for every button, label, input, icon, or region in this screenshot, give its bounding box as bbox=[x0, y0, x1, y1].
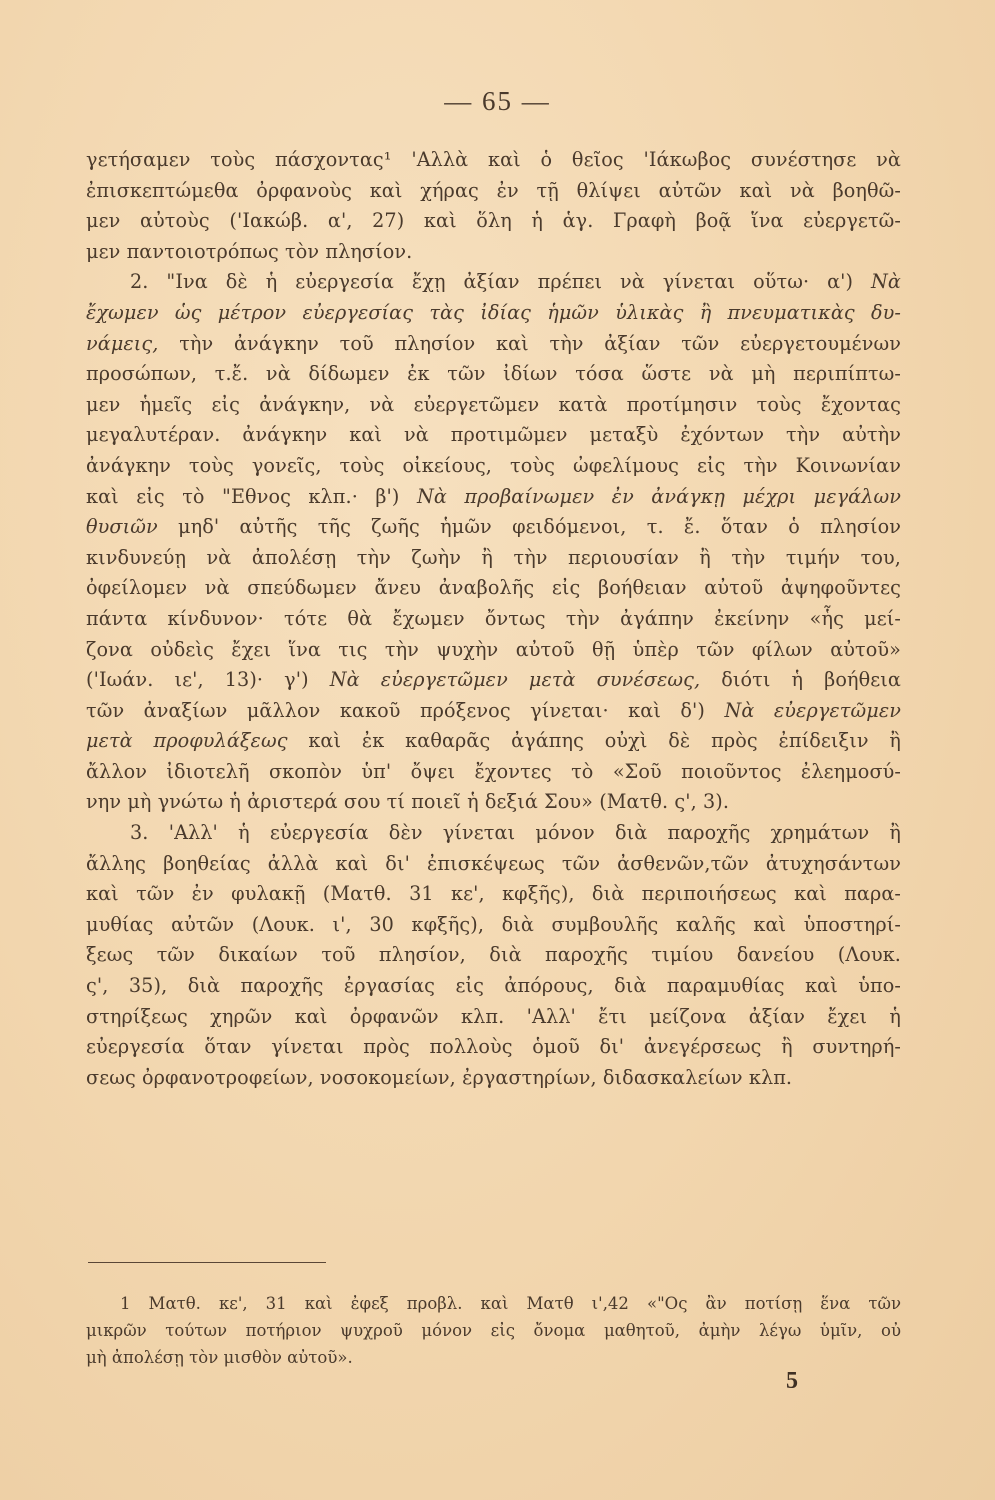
text-span: μεν παντοιοτρόπως τὸν πλησίον. bbox=[86, 240, 412, 263]
text-line: μυθίας αὐτῶν (Λουκ. ι', 30 κφξῆς), διὰ σ… bbox=[86, 910, 901, 941]
text-line: μεν ἡμεῖς εἰς ἀνάγκην, νὰ εὐεργετῶμεν κα… bbox=[86, 390, 901, 421]
text-line: ὀφείλομεν νὰ σπεύδωμεν ἄνευ ἀναβολῆς εἰς… bbox=[86, 573, 901, 604]
text-span: σεως ὀρφανοτροφείων, νοσοκομείων, ἐργαστ… bbox=[86, 1066, 792, 1089]
text-line: ζονα οὐδεὶς ἔχει ἵνα τις τὴν ψυχὴν αὐτοῦ… bbox=[86, 635, 901, 666]
text-line: ('Ιωάν. ιε', 13)· γ') Νὰ εὐεργετῶμεν μετ… bbox=[86, 665, 901, 696]
body-text: γετήσαμεν τοὺς πάσχοντας¹ 'Αλλὰ καὶ ὁ θε… bbox=[86, 145, 901, 1093]
text-span: ξεως τῶν δικαίων τοῦ πλησίον, διὰ παροχῆ… bbox=[86, 943, 901, 966]
text-span: μυθίας αὐτῶν (Λουκ. ι', 30 κφξῆς), διὰ σ… bbox=[86, 913, 901, 936]
text-line: νην μὴ γνώτω ἡ ἀριστερά σου τί ποιεῖ ἡ δ… bbox=[86, 787, 901, 818]
text-line: 3. 'Αλλ' ἡ εὐεργεσία δὲν γίνεται μόνον δ… bbox=[86, 818, 901, 849]
text-span: ἄλλον ἰδιοτελῆ σκοπὸν ὑπ' ὄψει ἔχοντες τ… bbox=[86, 760, 901, 783]
italic-text: Νὰ προβαίνωμεν ἐν ἀνάγκῃ μέχρι μεγάλων bbox=[417, 485, 901, 508]
footnote-line: μικρῶν τούτων ποτήριον ψυχροῦ μόνον εἰς … bbox=[86, 1317, 901, 1344]
text-line: καὶ εἰς τὸ "Εθνος κλπ.· β') Νὰ προβαίνωμ… bbox=[86, 482, 901, 513]
italic-text: θυσιῶν bbox=[86, 515, 158, 538]
text-line: 2. "Ινα δὲ ἡ εὐεργεσία ἔχῃ ἀξίαν πρέπει … bbox=[86, 267, 901, 298]
text-line: γετήσαμεν τοὺς πάσχοντας¹ 'Αλλὰ καὶ ὁ θε… bbox=[86, 145, 901, 176]
italic-text: νάμεις, bbox=[86, 332, 158, 355]
page-number-header: — 65 — bbox=[0, 86, 995, 117]
text-line: τῶν ἀναξίων μᾶλλον κακοῦ πρόξενος γίνετα… bbox=[86, 696, 901, 727]
text-line: νάμεις, τὴν ἀνάγκην τοῦ πλησίον καὶ τὴν … bbox=[86, 329, 901, 360]
text-span: γετήσαμεν τοὺς πάσχοντας¹ 'Αλλὰ καὶ ὁ θε… bbox=[86, 148, 901, 171]
text-line: ἄλλης βοηθείας ἀλλὰ καὶ δι' ἐπισκέψεως τ… bbox=[86, 849, 901, 880]
text-span: τῶν ἀναξίων μᾶλλον κακοῦ πρόξενος γίνετα… bbox=[86, 699, 724, 722]
text-line: ς', 35), διὰ παροχῆς ἐργασίας εἰς ἀπόρου… bbox=[86, 971, 901, 1002]
text-span: 2. "Ινα δὲ ἡ εὐεργεσία ἔχῃ ἀξίαν πρέπει … bbox=[130, 270, 871, 293]
text-line: προσώπων, τ.ἔ. νὰ δίδωμεν ἐκ τῶν ἰδίων τ… bbox=[86, 359, 901, 390]
text-line: ἐπισκεπτώμεθα ὀρφανοὺς καὶ χήρας ἐν τῇ θ… bbox=[86, 176, 901, 207]
text-line: μεν παντοιοτρόπως τὸν πλησίον. bbox=[86, 237, 901, 268]
text-span: μεν αὐτοὺς ('Ιακώβ. α', 27) καὶ ὅλη ἡ ἁγ… bbox=[86, 209, 901, 232]
text-span: καὶ τῶν ἐν φυλακῇ (Ματθ. 31 κε', κφξῆς),… bbox=[86, 882, 901, 905]
text-line: μεν αὐτοὺς ('Ιακώβ. α', 27) καὶ ὅλη ἡ ἁγ… bbox=[86, 206, 901, 237]
footnotes: 1 Ματθ. κε', 31 καὶ ἐφεξ προβλ. καὶ Ματθ… bbox=[86, 1290, 901, 1371]
italic-text: Νὰ εὐεργετῶμεν μετὰ συνέσεως, bbox=[330, 668, 700, 691]
text-span: εὐεργεσία ὅταν γίνεται πρὸς πολλοὺς ὁμοῦ… bbox=[86, 1035, 901, 1058]
italic-text: μετὰ προφυλάξεως bbox=[86, 729, 288, 752]
text-line: κινδυνεύῃ νὰ ἀπολέσῃ τὴν ζωὴν ἢ τὴν περι… bbox=[86, 543, 901, 574]
text-span: ὀφείλομεν νὰ σπεύδωμεν ἄνευ ἀναβολῆς εἰς… bbox=[86, 576, 901, 599]
text-span: ἐπισκεπτώμεθα ὀρφανοὺς καὶ χήρας ἐν τῇ θ… bbox=[86, 179, 901, 202]
text-span: τὴν ἀνάγκην τοῦ πλησίον καὶ τὴν ἀξίαν τῶ… bbox=[158, 332, 901, 355]
text-span: κινδυνεύῃ νὰ ἀπολέσῃ τὴν ζωὴν ἢ τὴν περι… bbox=[86, 546, 901, 569]
text-span: προσώπων, τ.ἔ. νὰ δίδωμεν ἐκ τῶν ἰδίων τ… bbox=[86, 362, 901, 385]
text-span: ς', 35), διὰ παροχῆς ἐργασίας εἰς ἀπόρου… bbox=[86, 974, 901, 997]
text-span: νην μὴ γνώτω ἡ ἀριστερά σου τί ποιεῖ ἡ δ… bbox=[86, 790, 729, 813]
text-line: καὶ τῶν ἐν φυλακῇ (Ματθ. 31 κε', κφξῆς),… bbox=[86, 879, 901, 910]
text-span: ('Ιωάν. ιε', 13)· γ') bbox=[86, 668, 330, 691]
footnote-divider bbox=[88, 1262, 326, 1263]
book-page: — 65 — γετήσαμεν τοὺς πάσχοντας¹ 'Αλλὰ κ… bbox=[0, 0, 995, 1500]
signature-mark: 5 bbox=[786, 1368, 798, 1395]
text-line: στηρίξεως χηρῶν καὶ ὀρφανῶν κλπ. 'Αλλ' ἔ… bbox=[86, 1002, 901, 1033]
text-span: διότι ἡ βοήθεια bbox=[700, 668, 901, 691]
text-span: καὶ ἐκ καθαρᾶς ἀγάπης οὐχὶ δὲ πρὸς ἐπίδε… bbox=[288, 729, 901, 752]
text-span: στηρίξεως χηρῶν καὶ ὀρφανῶν κλπ. 'Αλλ' ἔ… bbox=[86, 1005, 901, 1028]
text-span: 3. 'Αλλ' ἡ εὐεργεσία δὲν γίνεται μόνον δ… bbox=[130, 821, 901, 844]
text-span: ζονα οὐδεὶς ἔχει ἵνα τις τὴν ψυχὴν αὐτοῦ… bbox=[86, 638, 901, 661]
text-span: μηδ' αὐτῆς τῆς ζωῆς ἡμῶν φειδόμενοι, τ. … bbox=[158, 515, 901, 538]
text-line: εὐεργεσία ὅταν γίνεται πρὸς πολλοὺς ὁμοῦ… bbox=[86, 1032, 901, 1063]
text-line: πάντα κίνδυνον· τότε θὰ ἔχωμεν ὄντως τὴν… bbox=[86, 604, 901, 635]
text-line: σεως ὀρφανοτροφείων, νοσοκομείων, ἐργαστ… bbox=[86, 1063, 901, 1094]
footnote-line: μὴ ἀπολέσῃ τὸν μισθὸν αὐτοῦ». bbox=[86, 1344, 901, 1371]
text-span: μεν ἡμεῖς εἰς ἀνάγκην, νὰ εὐεργετῶμεν κα… bbox=[86, 393, 901, 416]
text-span: πάντα κίνδυνον· τότε θὰ ἔχωμεν ὄντως τὴν… bbox=[86, 607, 901, 630]
text-line: ξεως τῶν δικαίων τοῦ πλησίον, διὰ παροχῆ… bbox=[86, 940, 901, 971]
text-line: ἄλλον ἰδιοτελῆ σκοπὸν ὑπ' ὄψει ἔχοντες τ… bbox=[86, 757, 901, 788]
italic-text: ἔχωμεν ὡς μέτρον εὐεργεσίας τὰς ἰδίας ἡμ… bbox=[86, 301, 901, 324]
text-span: ἄλλης βοηθείας ἀλλὰ καὶ δι' ἐπισκέψεως τ… bbox=[86, 852, 901, 875]
text-line: ἔχωμεν ὡς μέτρον εὐεργεσίας τὰς ἰδίας ἡμ… bbox=[86, 298, 901, 329]
text-span: ἀνάγκην τοὺς γονεῖς, τοὺς οἰκείους, τοὺς… bbox=[86, 454, 901, 477]
text-span: καὶ εἰς τὸ "Εθνος κλπ.· β') bbox=[86, 485, 417, 508]
text-line: μετὰ προφυλάξεως καὶ ἐκ καθαρᾶς ἀγάπης ο… bbox=[86, 726, 901, 757]
italic-text: Νὰ bbox=[871, 270, 901, 293]
text-line: μεγαλυτέραν. ἀνάγκην καὶ νὰ προτιμῶμεν μ… bbox=[86, 420, 901, 451]
text-span: μεγαλυτέραν. ἀνάγκην καὶ νὰ προτιμῶμεν μ… bbox=[86, 423, 901, 446]
text-line: θυσιῶν μηδ' αὐτῆς τῆς ζωῆς ἡμῶν φειδόμεν… bbox=[86, 512, 901, 543]
footnote-line: 1 Ματθ. κε', 31 καὶ ἐφεξ προβλ. καὶ Ματθ… bbox=[86, 1290, 901, 1317]
text-line: ἀνάγκην τοὺς γονεῖς, τοὺς οἰκείους, τοὺς… bbox=[86, 451, 901, 482]
italic-text: Νὰ εὐεργετῶμεν bbox=[724, 699, 901, 722]
